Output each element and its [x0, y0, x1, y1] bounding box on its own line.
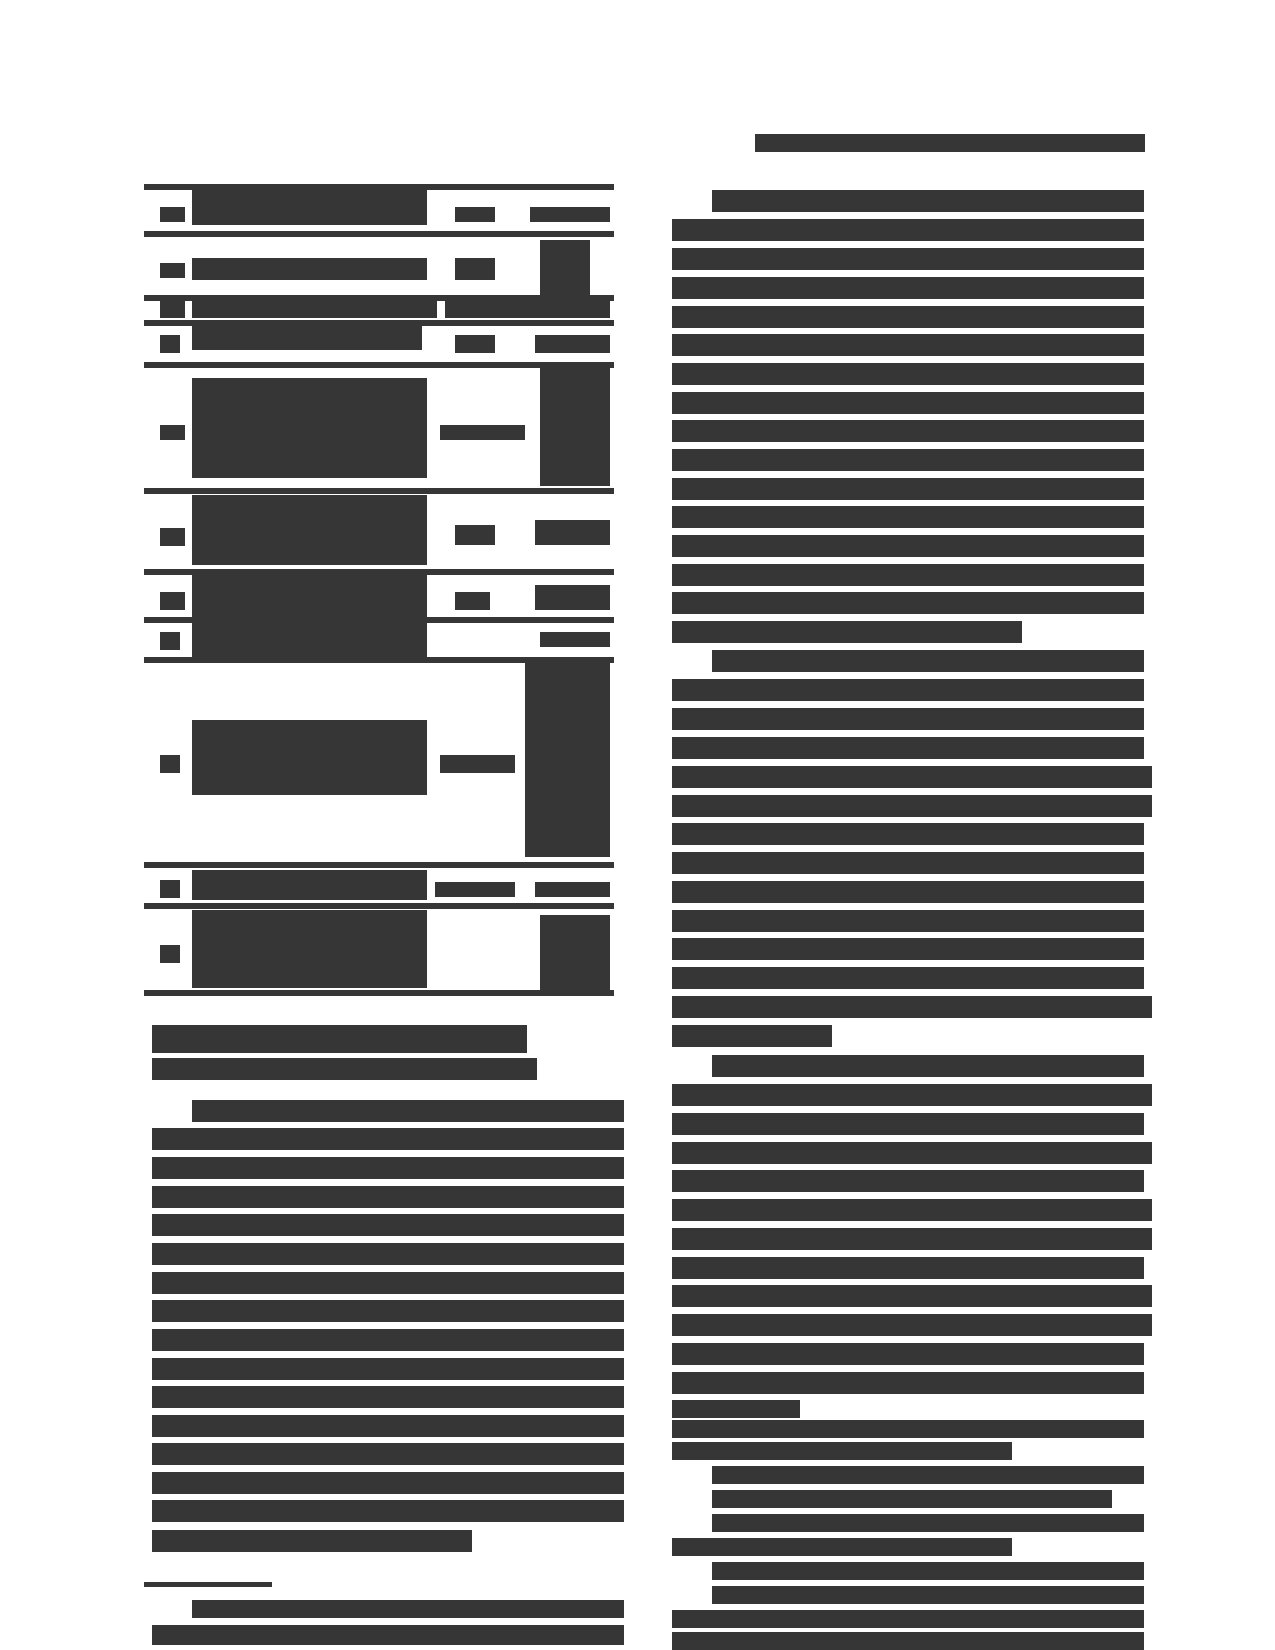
redacted-text-line [152, 1358, 624, 1380]
redacted-text-line [672, 1343, 1144, 1365]
redacted-reference-line [712, 1562, 1144, 1580]
redacted-text-line [152, 1415, 624, 1437]
redacted-text-line [152, 1386, 624, 1408]
redacted-table-cell [192, 622, 427, 657]
redacted-text-line [672, 535, 1144, 557]
redacted-header-text [755, 134, 1145, 152]
redacted-table-cell [192, 325, 422, 350]
redacted-table-cell [455, 592, 490, 610]
redacted-text-line [152, 1300, 624, 1322]
redacted-text-line [152, 1443, 624, 1465]
redacted-table-cell [192, 720, 427, 795]
redacted-text-line [152, 1500, 624, 1522]
redacted-table-cell [160, 755, 180, 773]
redacted-text-line [672, 392, 1144, 414]
redacted-text-line [672, 1084, 1152, 1106]
redacted-table-cell [160, 300, 185, 318]
redacted-text-line [672, 938, 1144, 960]
redacted-text-line [152, 1214, 624, 1236]
redacted-table-cell [192, 910, 427, 988]
redacted-table-cell [540, 368, 610, 486]
redacted-table-cell [192, 258, 427, 280]
redacted-text-line [672, 564, 1144, 586]
redacted-text-line [672, 449, 1144, 471]
redacted-table-cell [455, 525, 495, 545]
redacted-text-line [672, 852, 1144, 874]
redacted-footnote-line [152, 1625, 624, 1645]
footnote-rule [144, 1582, 272, 1587]
redacted-table-cell [192, 575, 427, 617]
redacted-text-line [672, 1170, 1144, 1192]
redacted-table-cell [160, 207, 185, 222]
table-rule [144, 488, 614, 494]
redacted-text-line [672, 277, 1144, 299]
redacted-table-cell [435, 882, 515, 897]
redacted-reference-line [712, 1466, 1144, 1484]
redacted-table-cell [192, 870, 427, 900]
redacted-reference-line [672, 1420, 1144, 1438]
redacted-text-line [192, 1100, 624, 1122]
redacted-text-line [152, 1243, 624, 1265]
redacted-table-cell [530, 207, 610, 222]
redacted-reference-line [712, 1586, 1144, 1604]
redacted-table-cell [455, 207, 495, 222]
redacted-reference-line [712, 1514, 1144, 1532]
redacted-text-line [672, 363, 1144, 385]
redacted-table-cell [160, 335, 180, 353]
redacted-text-line [672, 248, 1144, 270]
redacted-table-cell [160, 263, 185, 278]
redacted-text-line [672, 621, 1022, 643]
redacted-text-line [672, 592, 1144, 614]
redacted-paper-page [0, 0, 1275, 1650]
redacted-text-line [672, 1285, 1152, 1307]
redacted-table-cell [192, 495, 427, 565]
redacted-text-line [152, 1272, 624, 1294]
redacted-text-line [672, 420, 1144, 442]
redacted-reference-line [672, 1442, 1012, 1460]
redacted-table-cell [540, 632, 610, 647]
redacted-table-cell [192, 378, 427, 478]
redacted-text-line [672, 1314, 1152, 1336]
redacted-reference-line [672, 1632, 1144, 1650]
redacted-text-line [672, 1142, 1152, 1164]
table-rule [144, 903, 614, 909]
redacted-table-cell [535, 882, 610, 897]
redacted-text-line [712, 190, 1144, 212]
redacted-text-line [672, 679, 1144, 701]
redacted-text-line [712, 1055, 1144, 1077]
redacted-table-cell [440, 755, 515, 773]
redacted-text-line [672, 737, 1144, 759]
redacted-table-cell [455, 258, 495, 280]
redacted-text-line [672, 996, 1152, 1018]
redacted-table-cell [535, 335, 610, 353]
redacted-text-line [152, 1472, 624, 1494]
redacted-text-line [672, 967, 1144, 989]
redacted-table-cell [535, 520, 610, 545]
redacted-text-line [672, 306, 1144, 328]
redacted-reference-line [672, 1610, 1144, 1628]
redacted-references-heading [672, 1400, 800, 1418]
redacted-table-cell [445, 300, 610, 318]
redacted-text-line [672, 1257, 1144, 1279]
redacted-text-line [672, 1372, 1144, 1394]
redacted-text-line [672, 1113, 1144, 1135]
redacted-text-line [672, 910, 1144, 932]
redacted-text-line [672, 795, 1152, 817]
redacted-table-cell [160, 592, 185, 610]
redacted-table-cell [192, 190, 427, 225]
redacted-text-line [672, 766, 1152, 788]
redacted-table-cell [535, 585, 610, 610]
redacted-table-cell [160, 632, 180, 650]
redacted-table-cell [440, 425, 525, 440]
redacted-heading-line [152, 1058, 537, 1080]
redacted-table-cell [525, 662, 610, 857]
redacted-table-cell [160, 880, 180, 898]
redacted-text-line [672, 708, 1144, 730]
redacted-table-cell [160, 945, 180, 963]
redacted-text-line [672, 334, 1144, 356]
redacted-table-cell [455, 335, 495, 353]
redacted-text-line [672, 506, 1144, 528]
table-rule [144, 990, 614, 996]
redacted-reference-line [672, 1538, 1012, 1556]
redacted-text-line [672, 881, 1144, 903]
redacted-text-line [672, 478, 1144, 500]
redacted-text-line [152, 1530, 472, 1552]
redacted-table-cell [192, 300, 437, 318]
redacted-text-line [712, 650, 1144, 672]
redacted-footnote-line [192, 1600, 624, 1618]
redacted-text-line [672, 1199, 1152, 1221]
redacted-text-line [672, 219, 1144, 241]
redacted-heading-line [152, 1025, 527, 1053]
redacted-reference-line [712, 1490, 1112, 1508]
redacted-table-cell [540, 240, 590, 295]
redacted-table-cell [540, 915, 610, 990]
table-rule [144, 862, 614, 868]
redacted-text-line [152, 1329, 624, 1351]
redacted-text-line [672, 1025, 832, 1047]
redacted-table-cell [160, 425, 185, 440]
redacted-text-line [672, 823, 1144, 845]
redacted-text-line [672, 1228, 1152, 1250]
redacted-text-line [152, 1157, 624, 1179]
redacted-text-line [152, 1128, 624, 1150]
redacted-table-cell [160, 528, 185, 546]
table-rule [144, 231, 614, 237]
redacted-text-line [152, 1186, 624, 1208]
